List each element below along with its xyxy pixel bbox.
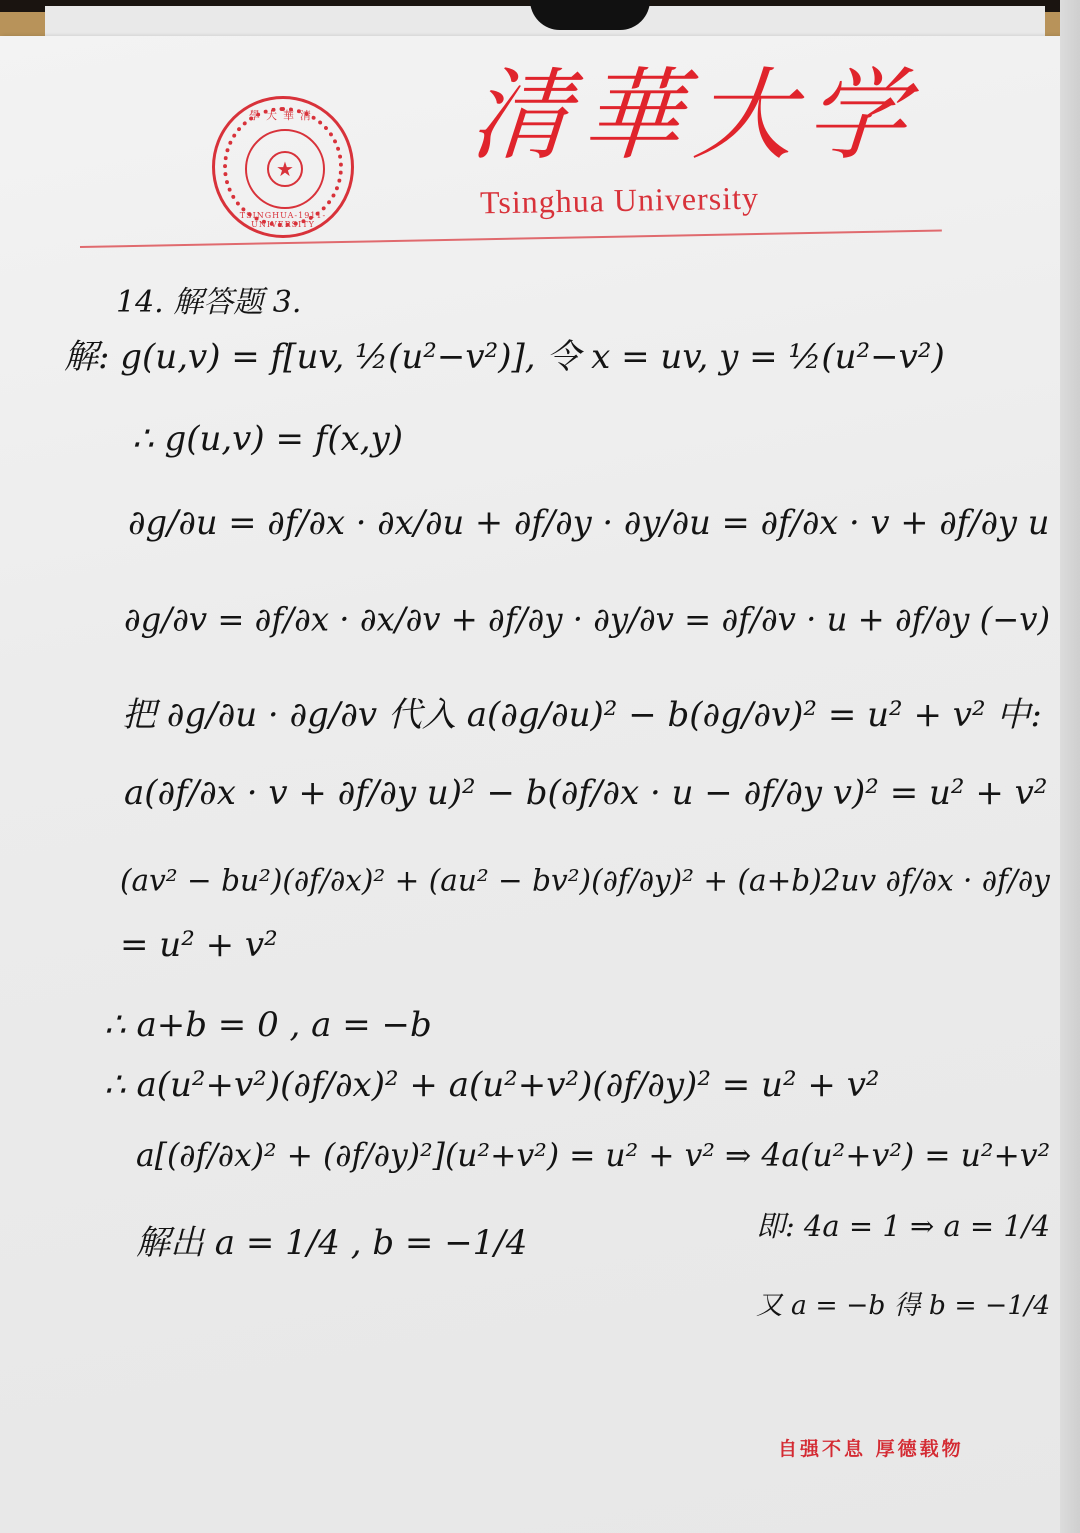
university-name-en: Tsinghua University [480, 180, 760, 222]
solution-line-1-text: g(u,v) = f[uv, ½(u²−v²)], 令 x = uv, y = … [120, 337, 944, 377]
seal-inner-ring: ★ [245, 129, 325, 209]
solution-line-5: 把 ∂g/∂u · ∂g/∂v 代入 a(∂g/∂u)² − b(∂g/∂v)²… [122, 698, 1042, 732]
seal-bottom-text: TSINGHUA-1911-UNIVERSITY [215, 211, 351, 229]
solution-line-1: 解: g(u,v) = f[uv, ½(u²−v²)], 令 x = uv, y… [64, 340, 945, 374]
university-seal-icon: 學大華清 ★ TSINGHUA-1911-UNIVERSITY [212, 96, 354, 238]
solution-line-9: ∴ a+b = 0 , a = −b [104, 1008, 432, 1042]
solution-line-3: ∂g/∂u = ∂f/∂x · ∂x/∂u + ∂f/∂y · ∂y/∂u = … [128, 506, 1049, 540]
university-motto: 自强不息 厚德载物 [778, 1434, 964, 1461]
solution-prefix: 解: [64, 337, 109, 377]
solution-line-4: ∂g/∂v = ∂f/∂x · ∂x/∂v + ∂f/∂y · ∂y/∂v = … [124, 604, 1050, 636]
solution-line-8: = u² + v² [120, 928, 278, 962]
solution-line-11: a[(∂f/∂x)² + (∂f/∂y)²](u²+v²) = u² + v² … [136, 1140, 1050, 1171]
problem-heading: 14. 解答题 3. [116, 288, 301, 318]
solution-line-6: a(∂f/∂x · v + ∂f/∂y u)² − b(∂f/∂x · u − … [124, 776, 1047, 810]
solution-line-10: ∴ a(u²+v²)(∂f/∂x)² + a(u²+v²)(∂f/∂y)² = … [104, 1068, 880, 1102]
binder-clip [530, 0, 650, 30]
solution-line-7: (av² − bu²)(∂f/∂x)² + (au² − bv²)(∂f/∂y)… [120, 866, 1050, 896]
paper-stack-edge [1060, 0, 1080, 1533]
seal-top-text: 學大華清 [215, 107, 351, 123]
solution-line-12: 解出 a = 1/4 , b = −1/4 [136, 1226, 527, 1260]
solution-line-2: ∴ g(u,v) = f(x,y) [132, 422, 403, 456]
solution-line-14: 又 a = −b 得 b = −1/4 [756, 1292, 1050, 1319]
university-name-cn: 清華大学 [467, 66, 922, 166]
solution-line-13: 即: 4a = 1 ⇒ a = 1/4 [756, 1212, 1050, 1241]
star-icon: ★ [267, 151, 303, 187]
